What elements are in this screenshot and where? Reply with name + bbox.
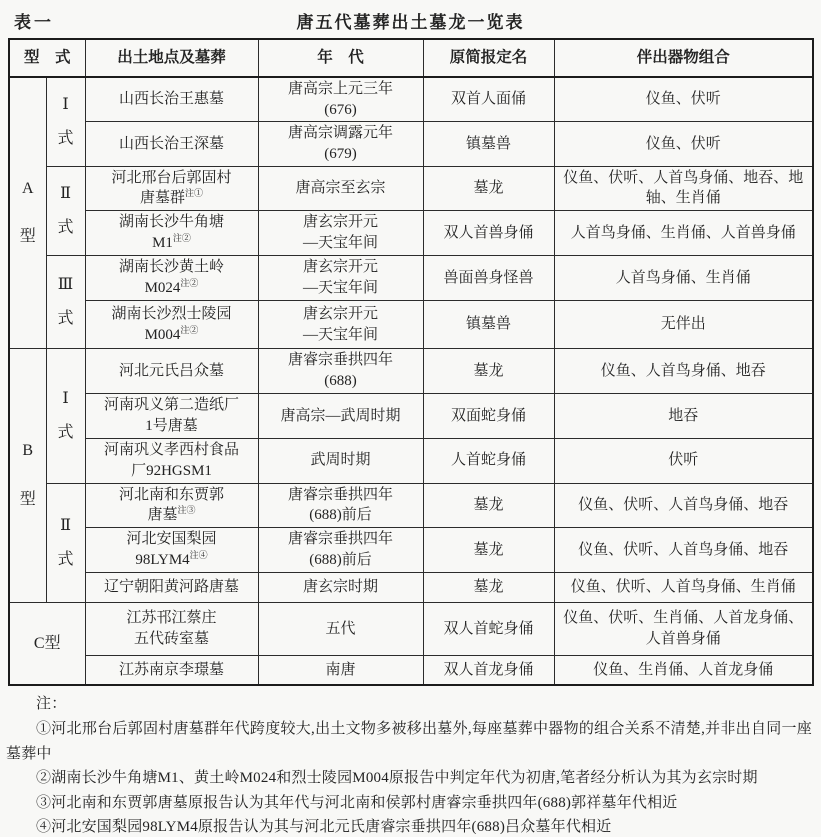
type-group-a: A型 <box>9 77 46 349</box>
type-group-label: 型 <box>20 489 36 511</box>
style-group-label: Ⅱ <box>60 183 71 205</box>
table-row: 江苏南京李璟墓 南唐 双人首龙身俑 仪鱼、生肖俑、人首龙身俑 <box>9 655 813 685</box>
original-name-cell: 墓龙 <box>423 483 554 527</box>
table-row: 湖南长沙烈士陵园M004注② 唐玄宗开元—天宝年间 镇墓兽 无伴出 <box>9 301 813 349</box>
table-row: 辽宁朝阳黄河路唐墓 唐玄宗时期 墓龙 仪鱼、伏听、人首鸟身俑、生肖俑 <box>9 572 813 602</box>
type-group-b: B型 <box>9 349 46 603</box>
style-group-label: 式 <box>58 217 74 239</box>
footnote: ④河北安国梨园98LYM4原报告认为其与河北元氏唐睿宗垂拱四年(688)吕众墓年… <box>6 815 812 837</box>
style-group-label: Ⅲ <box>58 274 73 296</box>
footnote-ref: 注② <box>180 278 198 288</box>
date-cell: 唐睿宗垂拱四年(688) <box>258 349 423 394</box>
header-associated-objects: 伴出器物组合 <box>554 39 813 77</box>
header-date: 年 代 <box>258 39 423 77</box>
original-name-cell: 墓龙 <box>423 166 554 210</box>
site-cell: 山西长治王深墓 <box>85 122 258 166</box>
footnote-ref: 注② <box>180 325 198 335</box>
associated-objects-cell: 人首鸟身俑、生肖俑、人首兽身俑 <box>554 211 813 256</box>
original-name-cell: 墓龙 <box>423 527 554 572</box>
associated-objects-cell: 地吞 <box>554 394 813 439</box>
header-site: 出土地点及墓葬 <box>85 39 258 77</box>
associated-objects-cell: 仪鱼、伏听、人首鸟身俑、地吞 <box>554 527 813 572</box>
table-row: A型 Ⅰ式 山西长治王惠墓 唐高宗上元三年(676) 双首人面俑 仪鱼、伏听 <box>9 77 813 122</box>
date-cell: 唐高宗调露元年(679) <box>258 122 423 166</box>
original-name-cell: 双面蛇身俑 <box>423 394 554 439</box>
title-bar: 表一 唐五代墓葬出土墓龙一览表 <box>0 0 821 38</box>
date-cell: 武周时期 <box>258 439 423 483</box>
style-group-b2: Ⅱ式 <box>46 483 85 602</box>
site-cell: 湖南长沙牛角塘M1注② <box>85 211 258 256</box>
footnote-ref: 注① <box>185 188 203 198</box>
original-name-cell: 墓龙 <box>423 572 554 602</box>
site-cell: 山西长治王惠墓 <box>85 77 258 122</box>
date-cell: 唐玄宗开元—天宝年间 <box>258 256 423 301</box>
associated-objects-cell: 仪鱼、伏听 <box>554 122 813 166</box>
style-group-b1: Ⅰ式 <box>46 349 85 483</box>
site-cell: 湖南长沙黄土岭M024注② <box>85 256 258 301</box>
footnote-ref: 注② <box>173 233 191 243</box>
site-cell: 江苏邗江蔡庄五代砖室墓 <box>85 602 258 655</box>
style-group-a3: Ⅲ式 <box>46 256 85 349</box>
header-original-name: 原简报定名 <box>423 39 554 77</box>
associated-objects-cell: 伏听 <box>554 439 813 483</box>
style-group-label: Ⅰ <box>62 94 68 116</box>
style-group-label: Ⅰ <box>62 388 68 410</box>
site-cell: 河北元氏吕众墓 <box>85 349 258 394</box>
table-row: C型 江苏邗江蔡庄五代砖室墓 五代 双人首蛇身俑 仪鱼、伏听、生肖俑、人首龙身俑… <box>9 602 813 655</box>
style-group-label: 式 <box>58 128 74 150</box>
date-cell: 唐高宗—武周时期 <box>258 394 423 439</box>
site-cell: 河北安国梨园98LYM4注④ <box>85 527 258 572</box>
original-name-cell: 兽面兽身怪兽 <box>423 256 554 301</box>
page-title: 唐五代墓葬出土墓龙一览表 <box>0 0 821 33</box>
site-cell: 河南巩义第二造纸厂1号唐墓 <box>85 394 258 439</box>
site-cell: 湖南长沙烈士陵园M004注② <box>85 301 258 349</box>
associated-objects-cell: 仪鱼、生肖俑、人首龙身俑 <box>554 655 813 685</box>
table-row: 河北安国梨园98LYM4注④ 唐睿宗垂拱四年(688)前后 墓龙 仪鱼、伏听、人… <box>9 527 813 572</box>
site-cell: 辽宁朝阳黄河路唐墓 <box>85 572 258 602</box>
site-cell: 江苏南京李璟墓 <box>85 655 258 685</box>
footnote-ref: 注④ <box>190 550 208 560</box>
footnote: ①河北邢台后郭固村唐墓群年代跨度较大,出土文物多被移出墓外,每座墓葬中器物的组合… <box>6 717 812 766</box>
date-cell: 五代 <box>258 602 423 655</box>
associated-objects-cell: 仪鱼、伏听 <box>554 77 813 122</box>
associated-objects-cell: 仪鱼、伏听、人首鸟身俑、地吞、地轴、生肖俑 <box>554 166 813 210</box>
footnote: ②湖南长沙牛角塘M1、黄土岭M024和烈士陵园M004原报告中判定年代为初唐,笔… <box>6 766 812 791</box>
site-cell: 河北邢台后郭固村唐墓群注① <box>85 166 258 210</box>
date-cell: 唐玄宗开元—天宝年间 <box>258 301 423 349</box>
footnote-ref: 注③ <box>178 505 196 515</box>
associated-objects-cell: 仪鱼、人首鸟身俑、地吞 <box>554 349 813 394</box>
date-cell: 唐高宗上元三年(676) <box>258 77 423 122</box>
style-group-label: 式 <box>58 549 74 571</box>
type-group-c: C型 <box>9 602 85 685</box>
tomb-dragon-table: 型 式 出土地点及墓葬 年 代 原简报定名 伴出器物组合 A型 Ⅰ式 山西长治王… <box>8 38 814 686</box>
style-group-label: 式 <box>58 308 74 330</box>
header-row: 型 式 出土地点及墓葬 年 代 原简报定名 伴出器物组合 <box>9 39 813 77</box>
footnotes-label: 注： <box>6 692 812 717</box>
associated-objects-cell: 仪鱼、伏听、人首鸟身俑、生肖俑 <box>554 572 813 602</box>
style-group-a2: Ⅱ式 <box>46 166 85 255</box>
header-type-style: 型 式 <box>9 39 85 77</box>
style-group-label: Ⅱ <box>60 515 71 537</box>
footnotes-section: 注： ①河北邢台后郭固村唐墓群年代跨度较大,出土文物多被移出墓外,每座墓葬中器物… <box>6 692 812 837</box>
associated-objects-cell: 无伴出 <box>554 301 813 349</box>
date-cell: 唐玄宗时期 <box>258 572 423 602</box>
date-cell: 唐高宗至玄宗 <box>258 166 423 210</box>
table-row: Ⅱ式 河北邢台后郭固村唐墓群注① 唐高宗至玄宗 墓龙 仪鱼、伏听、人首鸟身俑、地… <box>9 166 813 210</box>
original-name-cell: 人首蛇身俑 <box>423 439 554 483</box>
original-name-cell: 镇墓兽 <box>423 122 554 166</box>
table-row: Ⅱ式 河北南和东贾郭唐墓注③ 唐睿宗垂拱四年(688)前后 墓龙 仪鱼、伏听、人… <box>9 483 813 527</box>
type-group-label: B <box>22 440 33 462</box>
associated-objects-cell: 仪鱼、伏听、生肖俑、人首龙身俑、人首兽身俑 <box>554 602 813 655</box>
table-row: 山西长治王深墓 唐高宗调露元年(679) 镇墓兽 仪鱼、伏听 <box>9 122 813 166</box>
table-row: 河南巩义孝西村食品厂92HGSM1 武周时期 人首蛇身俑 伏听 <box>9 439 813 483</box>
table-row: Ⅲ式 湖南长沙黄土岭M024注② 唐玄宗开元—天宝年间 兽面兽身怪兽 人首鸟身俑… <box>9 256 813 301</box>
original-name-cell: 镇墓兽 <box>423 301 554 349</box>
original-name-cell: 双人首兽身俑 <box>423 211 554 256</box>
site-cell: 河南巩义孝西村食品厂92HGSM1 <box>85 439 258 483</box>
table-row: 湖南长沙牛角塘M1注② 唐玄宗开元—天宝年间 双人首兽身俑 人首鸟身俑、生肖俑、… <box>9 211 813 256</box>
type-group-label: 型 <box>20 226 36 248</box>
site-cell: 河北南和东贾郭唐墓注③ <box>85 483 258 527</box>
associated-objects-cell: 仪鱼、伏听、人首鸟身俑、地吞 <box>554 483 813 527</box>
style-group-a1: Ⅰ式 <box>46 77 85 166</box>
table-label: 表一 <box>14 8 54 33</box>
original-name-cell: 墓龙 <box>423 349 554 394</box>
footnote: ③河北南和东贾郭唐墓原报告认为其年代与河北南和侯郭村唐睿宗垂拱四年(688)郭祥… <box>6 791 812 816</box>
original-name-cell: 双人首龙身俑 <box>423 655 554 685</box>
table-row: 河南巩义第二造纸厂1号唐墓 唐高宗—武周时期 双面蛇身俑 地吞 <box>9 394 813 439</box>
original-name-cell: 双人首蛇身俑 <box>423 602 554 655</box>
original-name-cell: 双首人面俑 <box>423 77 554 122</box>
date-cell: 唐睿宗垂拱四年(688)前后 <box>258 527 423 572</box>
type-group-label: A <box>22 178 34 200</box>
associated-objects-cell: 人首鸟身俑、生肖俑 <box>554 256 813 301</box>
date-cell: 唐玄宗开元—天宝年间 <box>258 211 423 256</box>
style-group-label: 式 <box>58 422 74 444</box>
date-cell: 唐睿宗垂拱四年(688)前后 <box>258 483 423 527</box>
table-row: B型 Ⅰ式 河北元氏吕众墓 唐睿宗垂拱四年(688) 墓龙 仪鱼、人首鸟身俑、地… <box>9 349 813 394</box>
date-cell: 南唐 <box>258 655 423 685</box>
